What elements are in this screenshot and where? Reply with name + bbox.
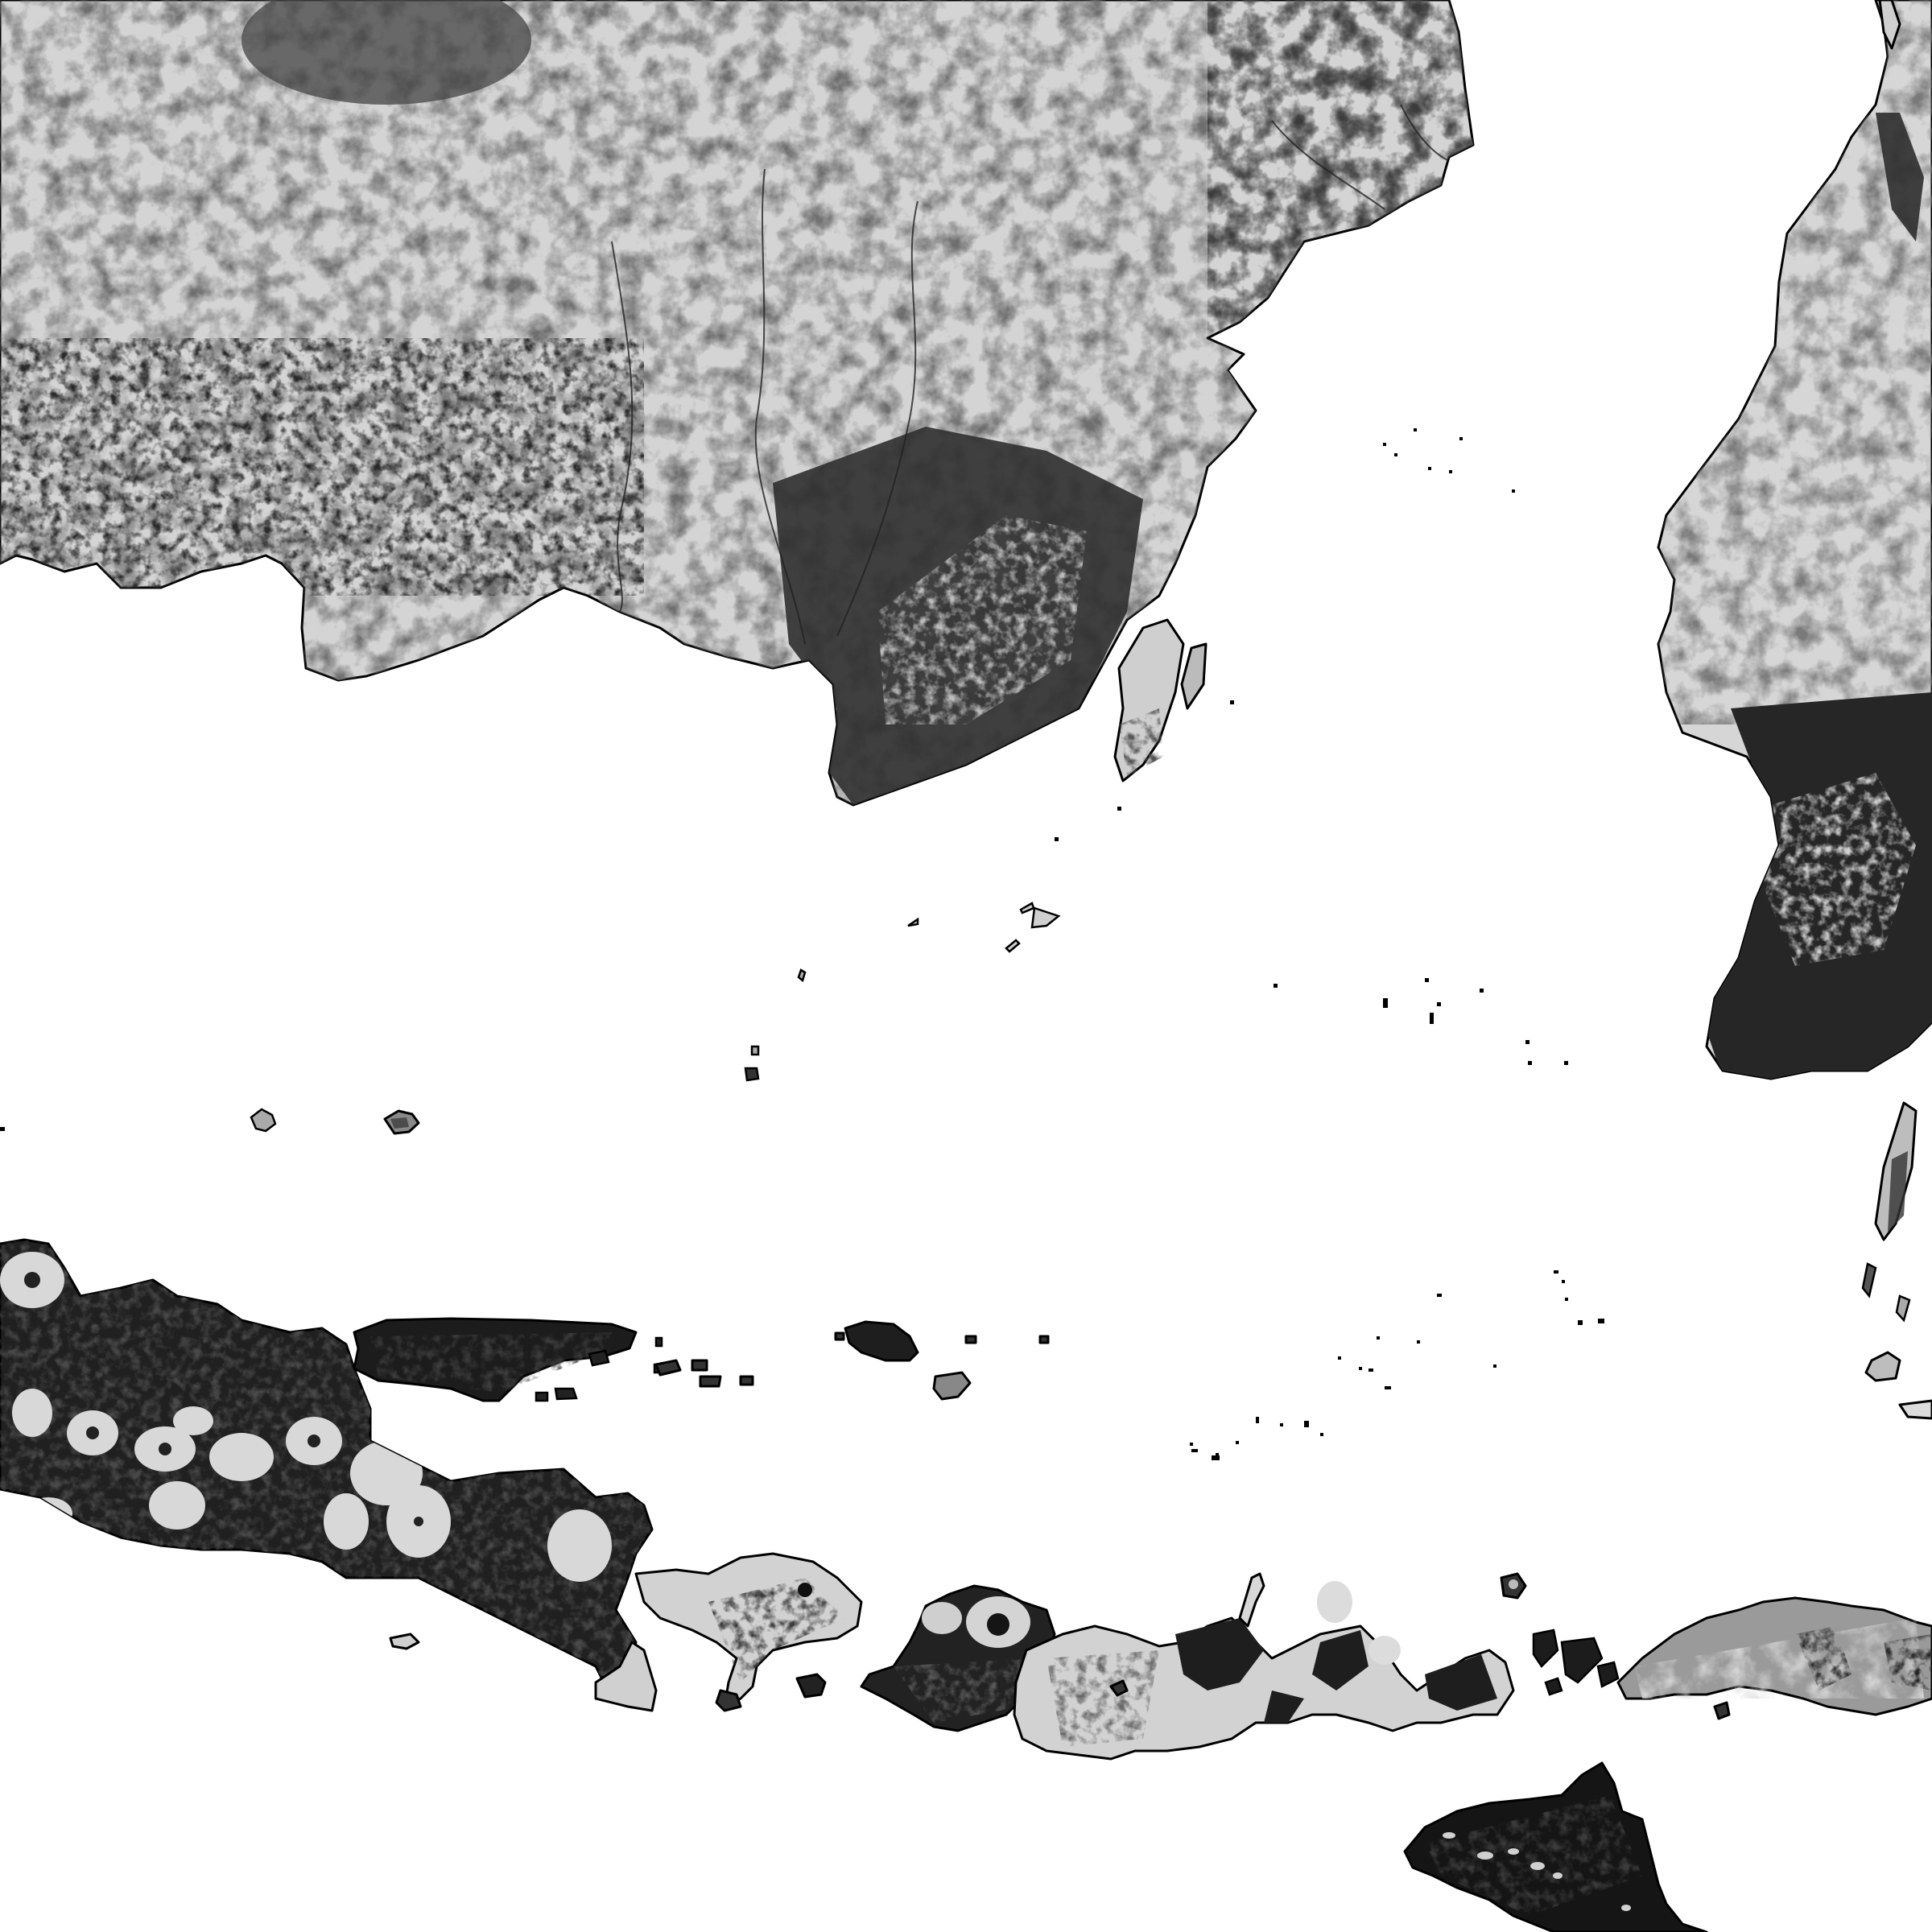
map-canvas (0, 0, 1932, 1932)
